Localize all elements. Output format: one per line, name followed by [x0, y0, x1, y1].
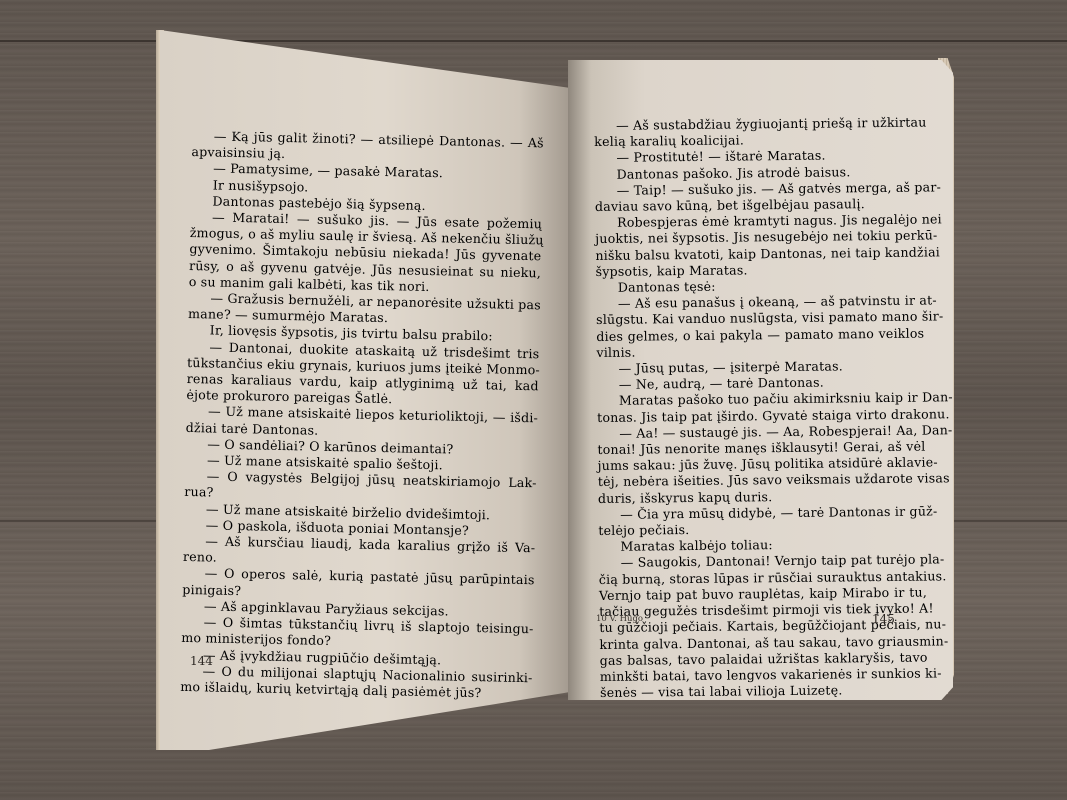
text-line: dies gelmes, o kai pakyla — pamato mano … [596, 325, 924, 345]
text-line: tėj, nebėra išeities. Jūs savo veiksmais… [598, 471, 926, 491]
page-number-right: 145 [872, 612, 895, 626]
text-line: — Taip! — sušuko jis. — Aš gatvės merga,… [595, 179, 923, 199]
open-book: — Ką jūs galit žinoti? — atsiliepė Danto… [0, 0, 1067, 800]
printer-signature: 10 V. Hugo [596, 614, 643, 624]
page-number-left: 144 [190, 654, 213, 668]
left-page-text: — Ką jūs galit žinoti? — atsiliepė Danto… [180, 128, 544, 702]
text-line: nišku balsu kvatoti, kaip Dantonas, nei … [595, 244, 923, 264]
text-line: šenės — visa tai labai vilioja Luizetę. [600, 682, 928, 702]
